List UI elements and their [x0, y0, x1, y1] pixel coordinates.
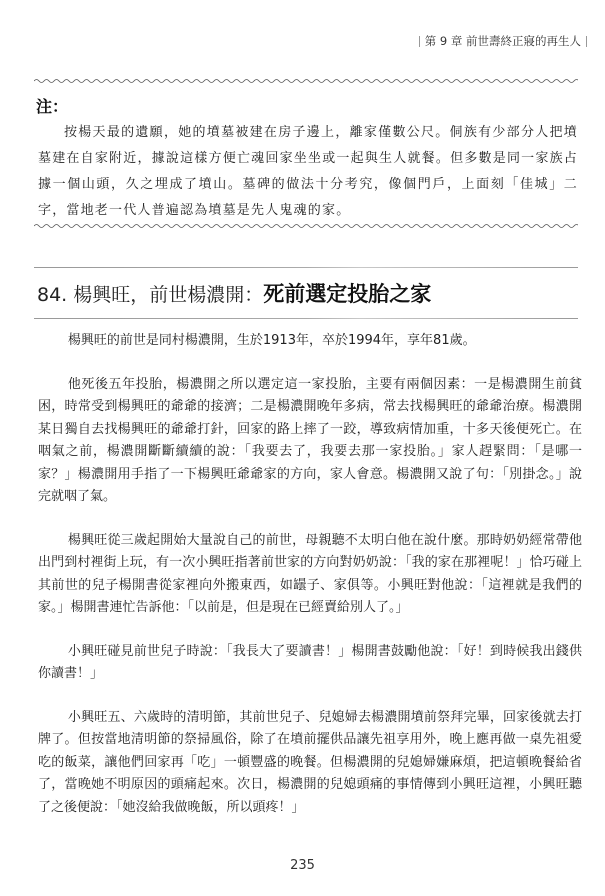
body-paragraph: 小興旺五、六歲時的清明節，其前世兒子、兒媳婦去楊濃開墳前祭拜完畢，回家後就去打牌…	[38, 707, 582, 820]
body-paragraph: 小興旺碰見前世兒子時說：「我長大了要讀書！」楊開書鼓勵他說：「好！到時候我出錢供…	[38, 641, 582, 686]
page-number: 235	[0, 858, 605, 873]
header-divider-left	[419, 36, 420, 47]
body-paragraph: 楊興旺從三歲起開始大量說自己的前世，母親聽不太明白他在說什麼。那時奶奶經常帶他出…	[38, 530, 582, 620]
header-divider-right	[586, 36, 587, 47]
note-body: 按楊天最的遺願，她的墳墓被建在房子邊上，離家僅數公尺。侗族有少部分人把墳墓建在自…	[38, 120, 578, 224]
section-title-plain: 楊興旺，前世楊濃開：	[73, 284, 263, 306]
section-rule-bottom	[34, 318, 578, 319]
section-rule-top	[34, 267, 578, 268]
body-paragraph: 楊興旺的前世是同村楊濃開，生於1913年，卒於1994年，享年81歲。	[38, 330, 582, 353]
wavy-divider-bottom	[34, 223, 578, 229]
note-paragraph: 按楊天最的遺願，她的墳墓被建在房子邊上，離家僅數公尺。侗族有少部分人把墳墓建在自…	[38, 120, 578, 224]
running-header: 第 9 章 前世壽終正寢的再生人	[419, 33, 587, 49]
body-paragraph: 他死後五年投胎，楊濃開之所以選定這一家投胎，主要有兩個因素：一是楊濃開生前貧困，…	[38, 374, 582, 509]
section-title: 84. 楊興旺，前世楊濃開：死前選定投胎之家	[37, 278, 431, 308]
wavy-divider-top	[34, 78, 578, 84]
body-text: 楊興旺的前世是同村楊濃開，生於1913年，卒於1994年，享年81歲。 他死後五…	[38, 330, 582, 840]
section-title-emphasis: 死前選定投胎之家	[263, 282, 431, 306]
section-number: 84.	[37, 284, 67, 306]
note-title: 注：	[36, 94, 68, 117]
chapter-title: 第 9 章 前世壽終正寢的再生人	[425, 33, 581, 49]
